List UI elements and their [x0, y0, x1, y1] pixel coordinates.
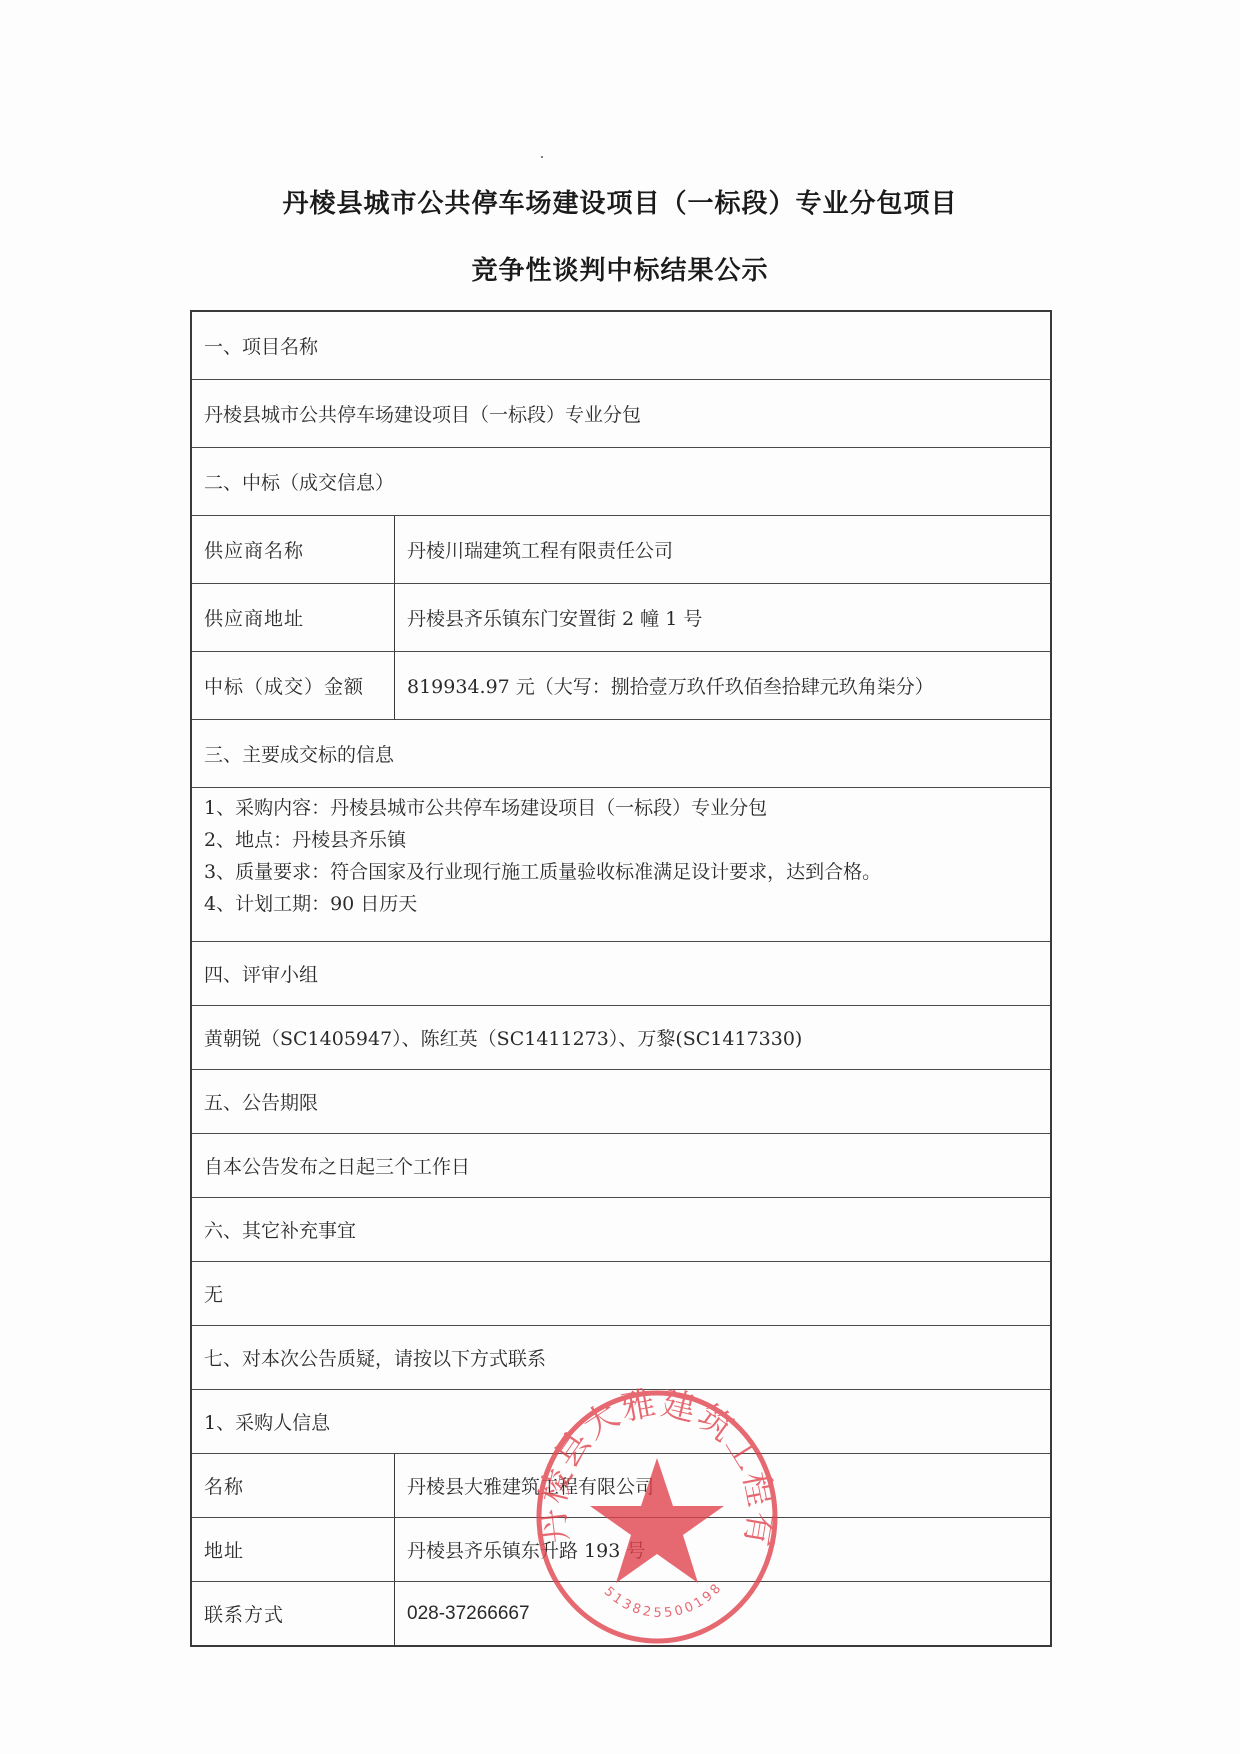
purchaser-name-label: 名称: [192, 1454, 395, 1517]
purchaser-address-row: 地址 丹棱县齐乐镇东升路 193 号: [192, 1518, 1050, 1582]
announcement-table: 一、项目名称 丹棱县城市公共停车场建设项目（一标段）专业分包 二、中标（成交信息…: [190, 310, 1052, 1647]
purchaser-name-row: 名称 丹棱县大雅建筑工程有限公司: [192, 1454, 1050, 1518]
main-info-items: 1、采购内容：丹棱县城市公共停车场建设项目（一标段）专业分包 2、地点：丹棱县齐…: [192, 788, 1050, 941]
section-heading: 六、其它补充事宜: [192, 1198, 1050, 1261]
project-name-value: 丹棱县城市公共停车场建设项目（一标段）专业分包: [192, 380, 1050, 447]
purchaser-heading: 1、采购人信息: [192, 1390, 1050, 1453]
section-other-heading: 六、其它补充事宜: [192, 1198, 1050, 1262]
main-info-item: 4、计划工期：90 日历天: [204, 888, 417, 920]
supplier-name-label: 供应商名称: [192, 516, 395, 583]
notice-period-row: 自本公告发布之日起三个工作日: [192, 1134, 1050, 1198]
section-review-panel-heading: 四、评审小组: [192, 942, 1050, 1006]
document-title-line1: 丹棱县城市公共停车场建设项目（一标段）专业分包项目: [40, 183, 1200, 220]
supplier-address-row: 供应商地址 丹棱县齐乐镇东门安置街 2 幢 1 号: [192, 584, 1050, 652]
purchaser-phone-label: 联系方式: [192, 1582, 395, 1645]
review-panel-row: 黄朝锐（SC1405947）、陈红英（SC1411273）、万黎(SC14173…: [192, 1006, 1050, 1070]
main-info-item: 2、地点：丹棱县齐乐镇: [204, 824, 406, 856]
scan-speck: [541, 156, 543, 158]
section-heading: 五、公告期限: [192, 1070, 1050, 1133]
award-amount-row: 中标（成交）金额 819934.97 元（大写：捌拾壹万玖仟玖佰叁拾肆元玖角柒分…: [192, 652, 1050, 720]
other-value: 无: [192, 1262, 1050, 1325]
award-amount-label: 中标（成交）金额: [192, 652, 395, 719]
document-title-line2: 竞争性谈判中标结果公示: [0, 250, 1240, 287]
main-info-item: 1、采购内容：丹棱县城市公共停车场建设项目（一标段）专业分包: [204, 792, 767, 824]
supplier-name-row: 供应商名称 丹棱川瑞建筑工程有限责任公司: [192, 516, 1050, 584]
purchaser-address-value: 丹棱县齐乐镇东升路 193 号: [395, 1518, 1050, 1581]
section-main-info-heading: 三、主要成交标的信息: [192, 720, 1050, 788]
section-contact-heading: 七、对本次公告质疑，请按以下方式联系: [192, 1326, 1050, 1390]
purchaser-heading-row: 1、采购人信息: [192, 1390, 1050, 1454]
section-notice-period-heading: 五、公告期限: [192, 1070, 1050, 1134]
section-heading: 四、评审小组: [192, 942, 1050, 1005]
project-name-row: 丹棱县城市公共停车场建设项目（一标段）专业分包: [192, 380, 1050, 448]
supplier-address-value: 丹棱县齐乐镇东门安置街 2 幢 1 号: [395, 584, 1050, 651]
section-heading: 七、对本次公告质疑，请按以下方式联系: [192, 1326, 1050, 1389]
supplier-name-value: 丹棱川瑞建筑工程有限责任公司: [395, 516, 1050, 583]
notice-period-value: 自本公告发布之日起三个工作日: [192, 1134, 1050, 1197]
section-heading: 二、中标（成交信息）: [192, 448, 1050, 515]
main-info-item: 3、质量要求：符合国家及行业现行施工质量验收标准满足设计要求，达到合格。: [204, 856, 881, 888]
section-heading: 三、主要成交标的信息: [192, 720, 1050, 787]
section-heading: 一、项目名称: [192, 312, 1050, 379]
supplier-address-label: 供应商地址: [192, 584, 395, 651]
purchaser-phone-value: 028-37266667: [395, 1582, 1050, 1645]
other-row: 无: [192, 1262, 1050, 1326]
review-panel-members: 黄朝锐（SC1405947）、陈红英（SC1411273）、万黎(SC14173…: [192, 1006, 1050, 1069]
main-info-list: 1、采购内容：丹棱县城市公共停车场建设项目（一标段）专业分包 2、地点：丹棱县齐…: [192, 788, 1050, 942]
section-project-name-heading: 一、项目名称: [192, 312, 1050, 380]
section-award-heading: 二、中标（成交信息）: [192, 448, 1050, 516]
purchaser-address-label: 地址: [192, 1518, 395, 1581]
purchaser-name-value: 丹棱县大雅建筑工程有限公司: [395, 1454, 1050, 1517]
award-amount-value: 819934.97 元（大写：捌拾壹万玖仟玖佰叁拾肆元玖角柒分）: [395, 652, 1050, 719]
purchaser-phone-row: 联系方式 028-37266667: [192, 1582, 1050, 1645]
